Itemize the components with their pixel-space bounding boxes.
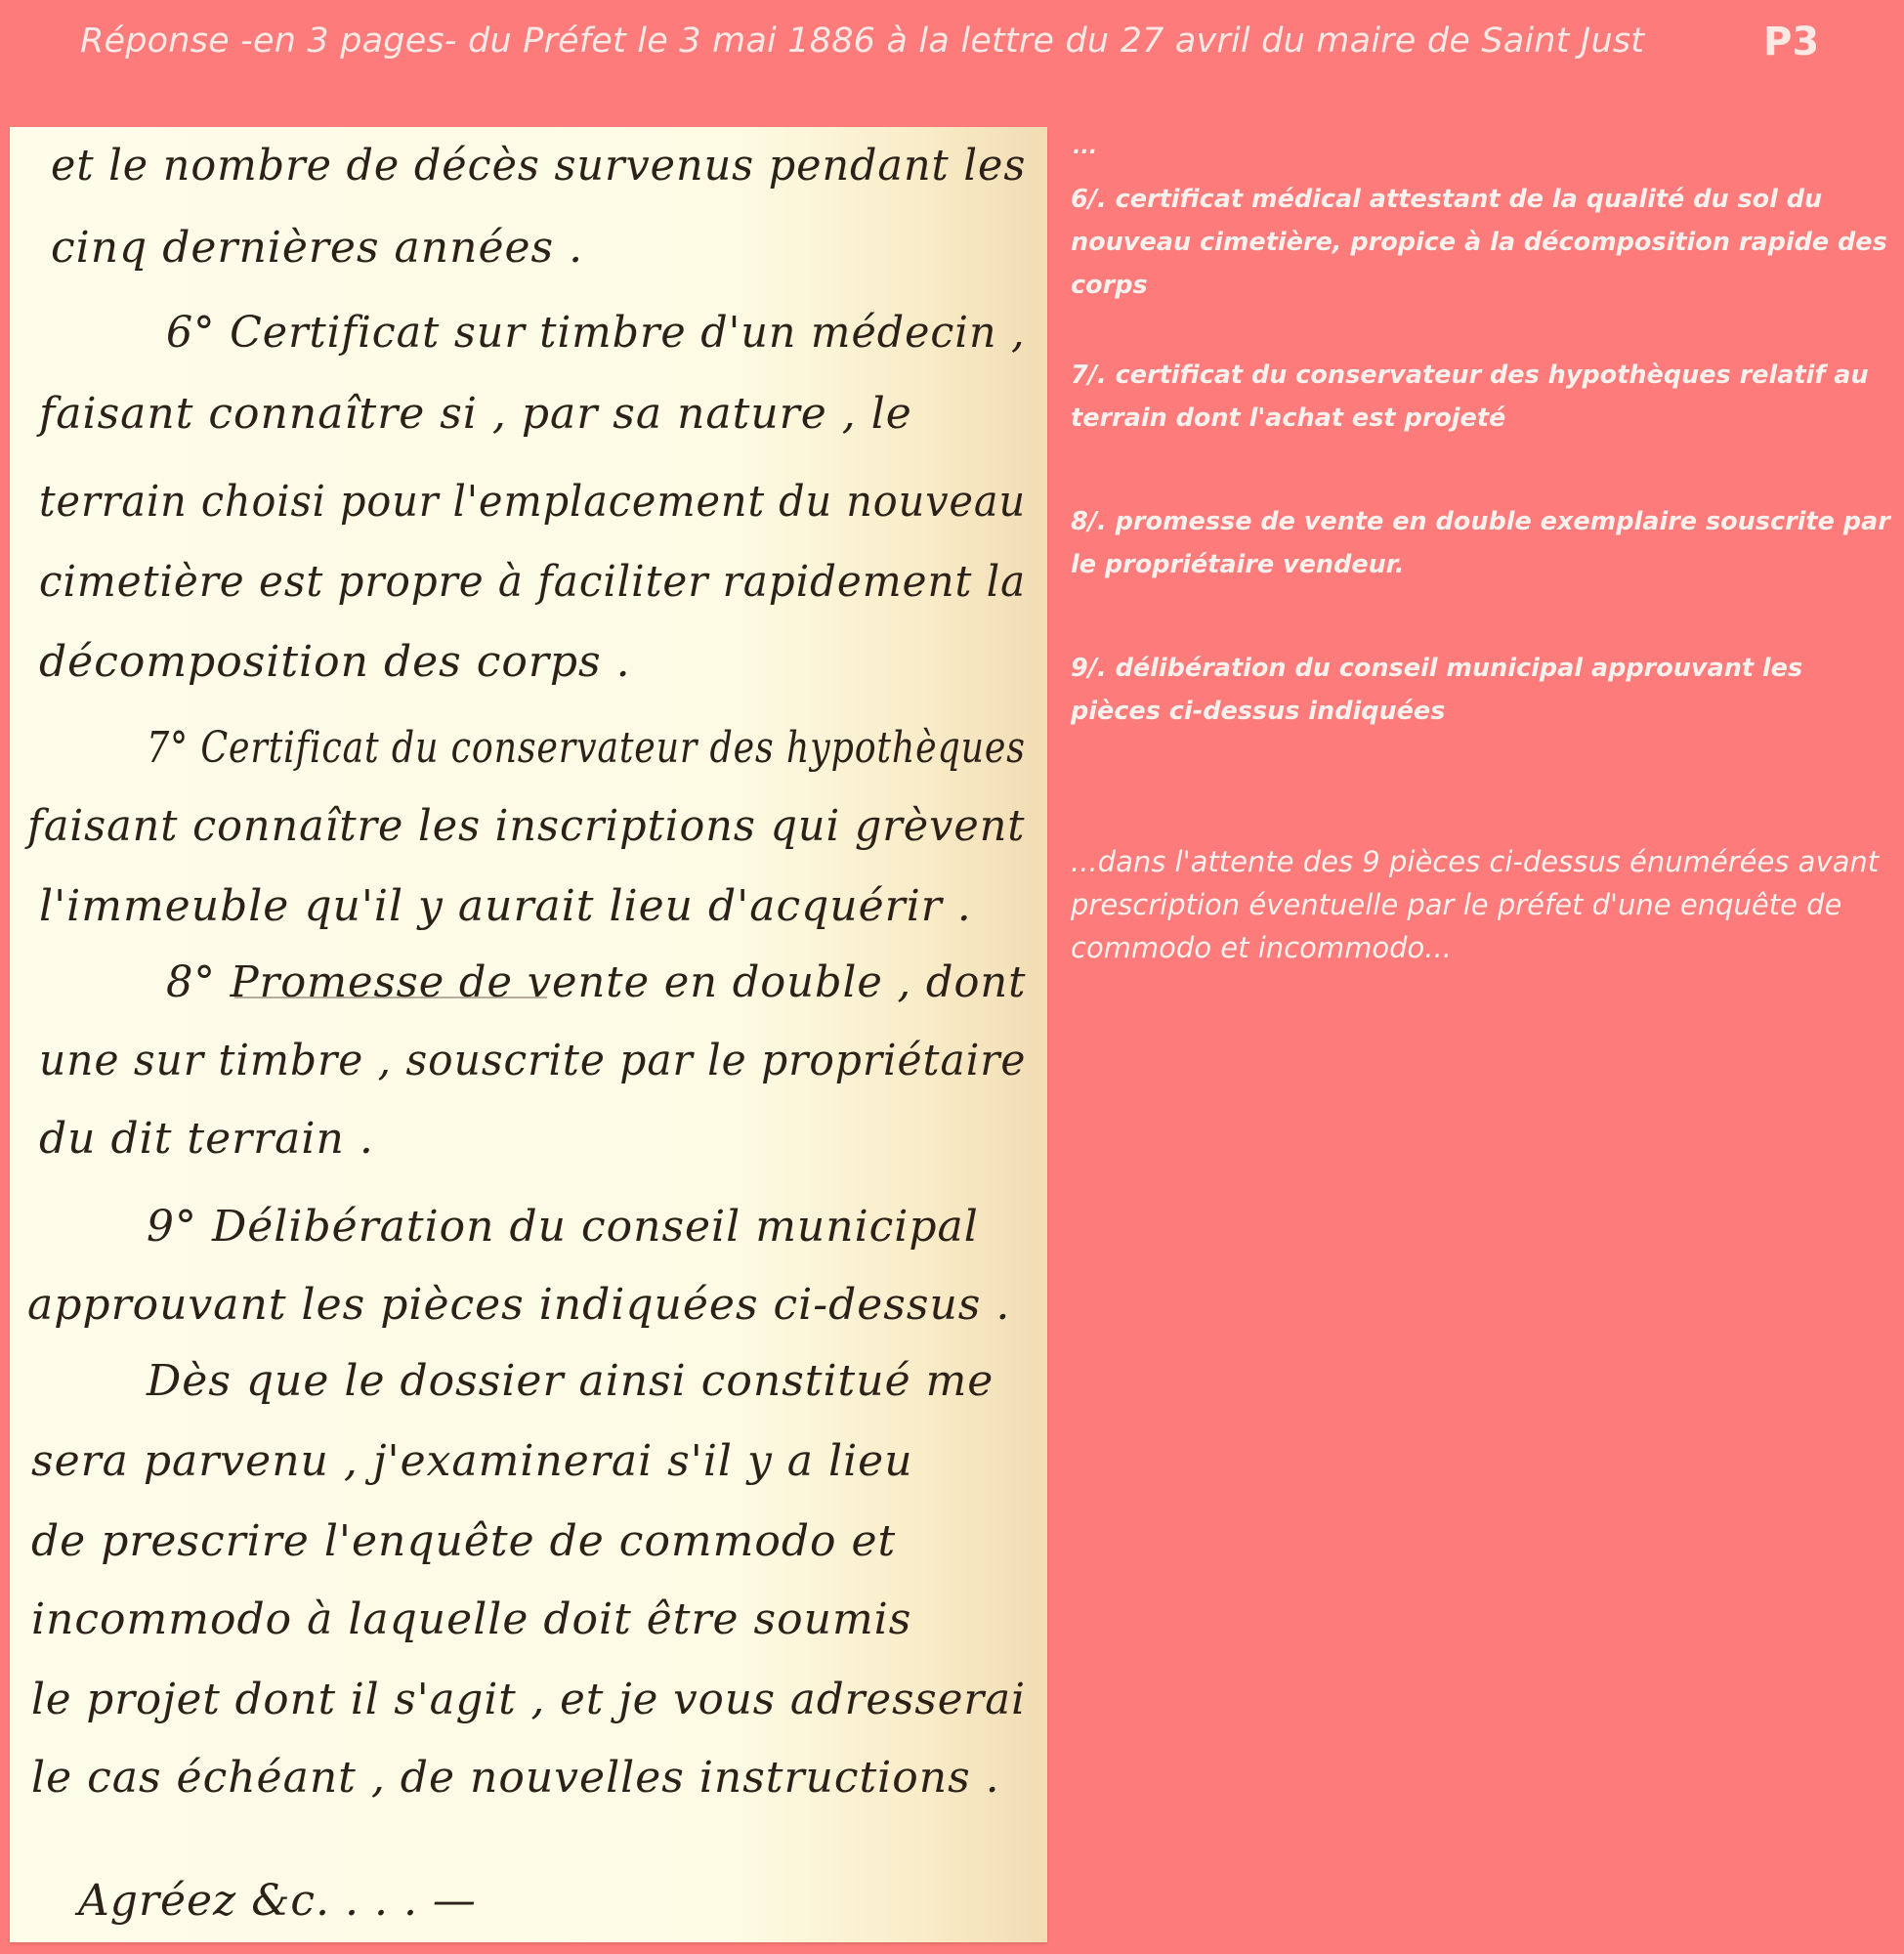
manuscript-line: incommodo à laquelle doit être soumis [31,1594,911,1644]
manuscript-line: le projet dont il s'agit , et je vous ad… [31,1675,1026,1724]
manuscript-signature-line: Agréez &c. . . . — [78,1876,477,1926]
manuscript-line: cinq dernières années . [51,223,583,273]
manuscript-line: 9° Délibération du conseil municipal [147,1202,979,1252]
note-item-6: 6/. certificat médical attestant de la q… [1071,178,1891,307]
manuscript-underline [234,997,547,998]
manuscript-line: faisant connaître si , par sa nature , l… [39,389,912,439]
manuscript-scan: et le nombre de décès survenus pendant l… [10,127,1047,1942]
manuscript-line: l'immeuble qu'il y aurait lieu d'acquéri… [39,881,972,931]
manuscript-line: faisant connaître les inscriptions qui g… [27,801,1026,851]
manuscript-line: 8° Promesse de vente en double , dont [166,957,1026,1007]
page-title: Réponse -en 3 pages- du Préfet le 3 mai … [80,21,1644,61]
note-item-7: 7/. certificat du conservateur des hypot… [1071,354,1891,440]
manuscript-line: terrain choisi pour l'emplacement du nou… [39,477,1026,527]
notes-ellipsis: ... [1073,137,1097,158]
manuscript-line: 6° Certificat sur timbre d'un médecin , [166,308,1026,358]
manuscript-line: du dit terrain . [39,1114,374,1164]
note-conclusion: ...dans l'attente des 9 pièces ci-dessus… [1071,840,1891,969]
manuscript-line: cimetière est propre à faciliter rapidem… [39,557,1026,607]
manuscript-line: de prescrire l'enquête de commodo et [31,1516,896,1566]
manuscript-line: le cas échéant , de nouvelles instructio… [31,1753,1000,1803]
manuscript-line: approuvant les pièces indiquées ci-dessu… [27,1280,1010,1330]
manuscript-line: 7° Certificat du conservateur des hypoth… [147,723,1026,773]
manuscript-line: décomposition des corps . [39,637,631,687]
manuscript-line: une sur timbre , souscrite par le propri… [39,1036,1026,1085]
header: Réponse -en 3 pages- du Préfet le 3 mai … [0,0,1904,98]
manuscript-line: Dès que le dossier ainsi constitué me [147,1356,994,1406]
page-number-label: P3 [1763,20,1819,64]
note-item-8: 8/. promesse de vente en double exemplai… [1071,500,1891,586]
note-item-9: 9/. délibération du conseil municipal ap… [1071,647,1891,733]
manuscript-line: sera parvenu , j'examinerai s'il y a lie… [31,1436,913,1486]
manuscript-line: et le nombre de décès survenus pendant l… [51,141,1026,191]
